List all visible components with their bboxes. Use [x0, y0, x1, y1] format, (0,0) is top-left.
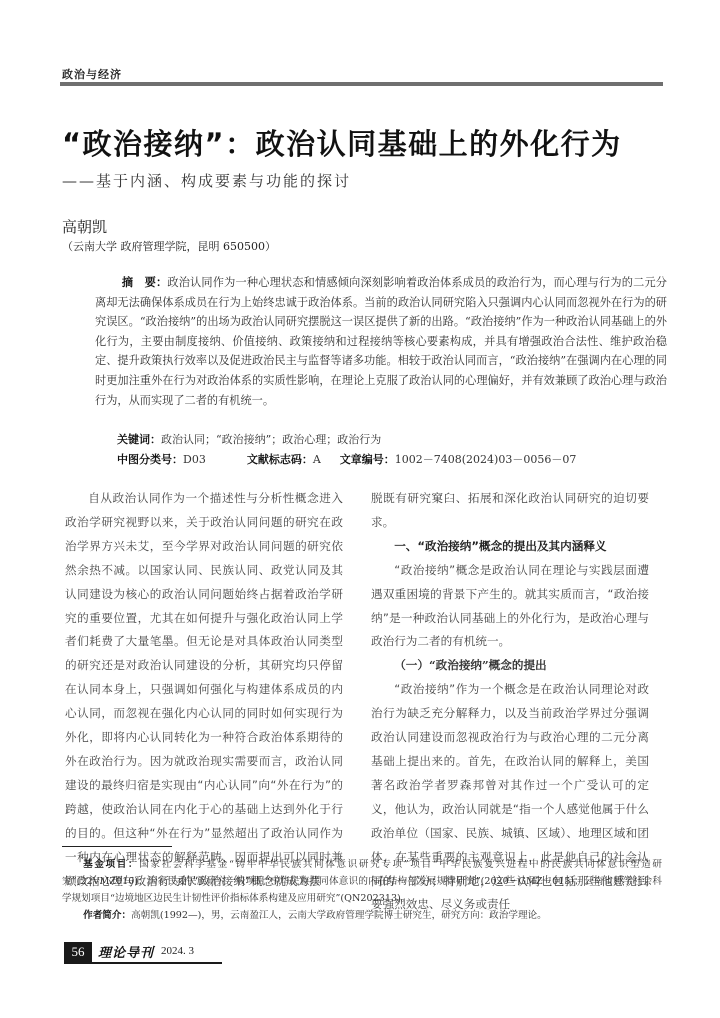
- article-subtitle: ——基于内涵、构成要素与功能的探讨: [62, 170, 351, 191]
- doc-code-value: A: [313, 453, 321, 466]
- footnote-rule: [62, 846, 172, 847]
- body-paragraph-continued: 脱既有研究窠臼、拓展和深化政治认同研究的迫切要求。: [371, 487, 649, 535]
- abstract-label: 摘 要：: [122, 276, 167, 289]
- page-number: 56: [64, 942, 92, 962]
- section-label: 政治与经济: [62, 66, 122, 82]
- author-bio-text: 高朝凯(1992—)，男，云南盈江人，云南大学政府管理学院博士研究生，研究方向：…: [131, 910, 547, 921]
- abstract-text: 政治认同作为一种心理状态和情感倾向深刻影响着政治体系成员的政治行为，而心理与行为…: [95, 276, 667, 407]
- fund-label: 基金项目：: [83, 859, 139, 870]
- fund-note: 基金项目：国家社会科学基金“铸牢中华民族共同体意识研究专项”项目“中华民族复兴进…: [62, 856, 662, 907]
- body-column-right: 脱既有研究窠臼、拓展和深化政治认同研究的迫切要求。 一、“政治接纳”概念的提出及…: [371, 487, 649, 917]
- keywords-label: 关键词：: [117, 433, 161, 446]
- abstract-paragraph: 摘 要：政治认同作为一种心理状态和情感倾向深刻影响着政治体系成员的政治行为，而心…: [95, 273, 667, 410]
- subsection-heading-1: （一）“政治接纳”概念的提出: [371, 654, 649, 678]
- footnotes: 基金项目：国家社会科学基金“铸牢中华民族共同体意识研究专项”项目“中华民族复兴进…: [62, 856, 662, 924]
- abstract: 摘 要：政治认同作为一种心理状态和情感倾向深刻影响着政治体系成员的政治行为，而心…: [95, 273, 667, 410]
- body-column-left: 自从政治认同作为一个描述性与分析性概念进入政治学研究视野以来，关于政治认同问题的…: [65, 487, 343, 893]
- author-bio-label: 作者简介：: [83, 910, 131, 921]
- doc-code-label: 文献标志码：: [247, 453, 313, 466]
- article-no-label: 文章编号：: [340, 453, 395, 466]
- header-rule: [60, 82, 663, 86]
- author-name: 高朝凯: [62, 216, 107, 237]
- clc-value: D03: [183, 453, 206, 466]
- author-note: 作者简介：高朝凯(1992—)，男，云南盈江人，云南大学政府管理学院博士研究生，…: [62, 907, 662, 924]
- body-paragraph: “政治接纳”概念是政治认同在理论与实践层面遭遇双重困境的背景下产生的。就其实质而…: [371, 559, 649, 655]
- keywords-text: 政治认同；“政治接纳”；政治心理；政治行为: [161, 433, 381, 446]
- article-no-value: 1002－7408(2024)03－0056－07: [395, 453, 577, 466]
- clc-label: 中图分类号：: [117, 453, 183, 466]
- footer-rule: [64, 962, 222, 964]
- article-title: “政治接纳”：政治认同基础上的外化行为: [62, 122, 622, 163]
- fund-text: 国家社会科学基金“铸牢中华民族共同体意识研究专项”项目“中华民族复兴进程中的民族…: [62, 859, 662, 904]
- body-paragraph: 自从政治认同作为一个描述性与分析性概念进入政治学研究视野以来，关于政治认同问题的…: [65, 487, 343, 893]
- keywords-line: 关键词：政治认同；“政治接纳”；政治心理；政治行为: [117, 431, 381, 447]
- journal-name: 理论导刊: [98, 942, 154, 961]
- classification-line: 中图分类号：D03 文献标志码：A 文章编号：1002－7408(2024)03…: [117, 451, 576, 467]
- author-affiliation: （云南大学 政府管理学院，昆明 650500）: [62, 238, 276, 254]
- issue-number: 2024. 3: [161, 945, 194, 957]
- section-heading-1: 一、“政治接纳”概念的提出及其内涵释义: [371, 535, 649, 559]
